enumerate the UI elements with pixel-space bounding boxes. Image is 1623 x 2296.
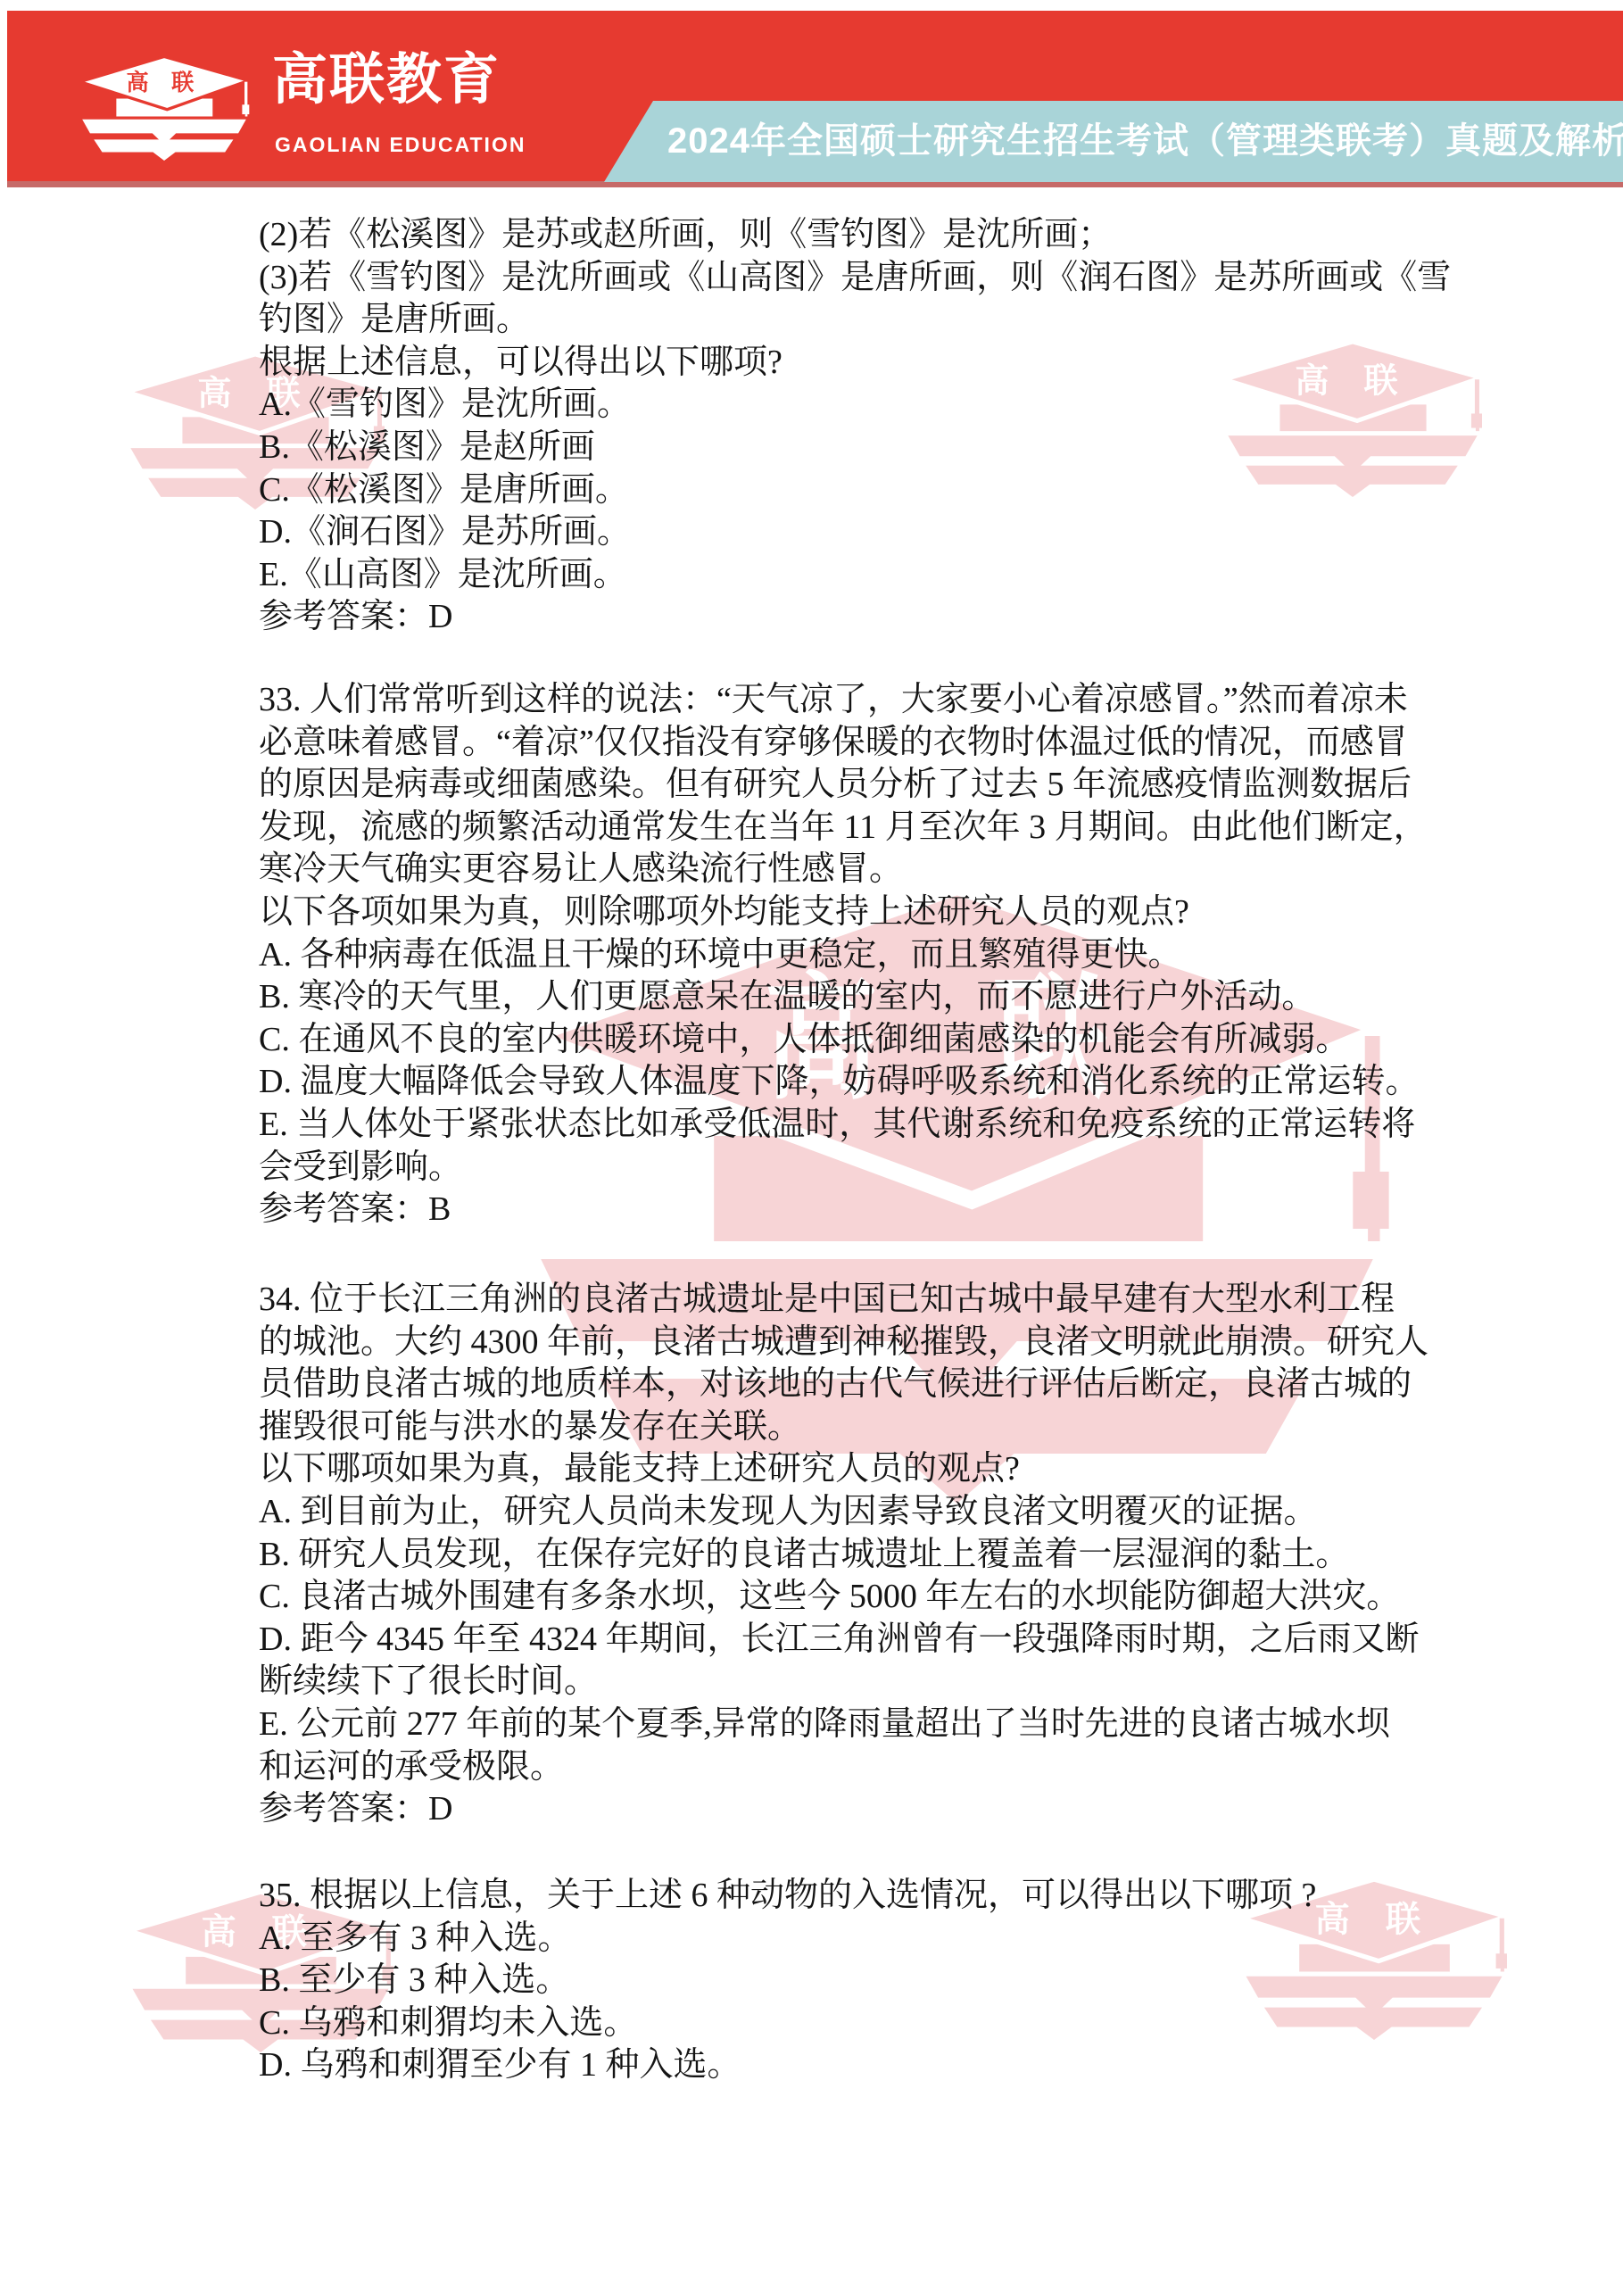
header-banner: 2024年全国硕士研究生招生考试（管理类联考）真题及解析	[589, 101, 1623, 182]
brand-name-english: GAOLIAN EDUCATION	[275, 132, 542, 157]
tassel-bead	[1496, 1953, 1507, 1969]
question-33: 33. 人们常常听到这样的说法：“天气凉了，大家要小心着凉感冒。”然而着凉未 必…	[259, 679, 1495, 1231]
tassel-bead	[242, 104, 249, 114]
book-lower-shape	[94, 139, 233, 161]
tassel-cord	[1500, 1919, 1504, 1956]
header-underline	[7, 181, 1623, 187]
brand-name-chinese: 高联教育	[272, 43, 558, 118]
exam-document-page: { "page": {"width": 1819, "height": 2573…	[0, 0, 1623, 2296]
gaolian-logo-icon: 高 联	[79, 55, 250, 161]
tassel-cord	[244, 82, 247, 106]
question-35: 35. 根据以上信息，关于上述 6 种动物的入选情况，可以得出以下哪项 ? A.…	[259, 1875, 1495, 2087]
question-32-options: (2)若《松溪图》是苏或赵所画，则《雪钓图》是沈所画； (3)若《雪钓图》是沈所…	[259, 214, 1495, 639]
exam-title: 2024年全国硕士研究生招生考试（管理类联考）真题及解析	[667, 101, 1613, 182]
mark-cap-label: 高 联	[126, 70, 202, 95]
question-34: 34. 位于长江三角洲的良渚古城遗址是中国已知古城中最早建有大型水利工程 的城池…	[259, 1279, 1495, 1831]
